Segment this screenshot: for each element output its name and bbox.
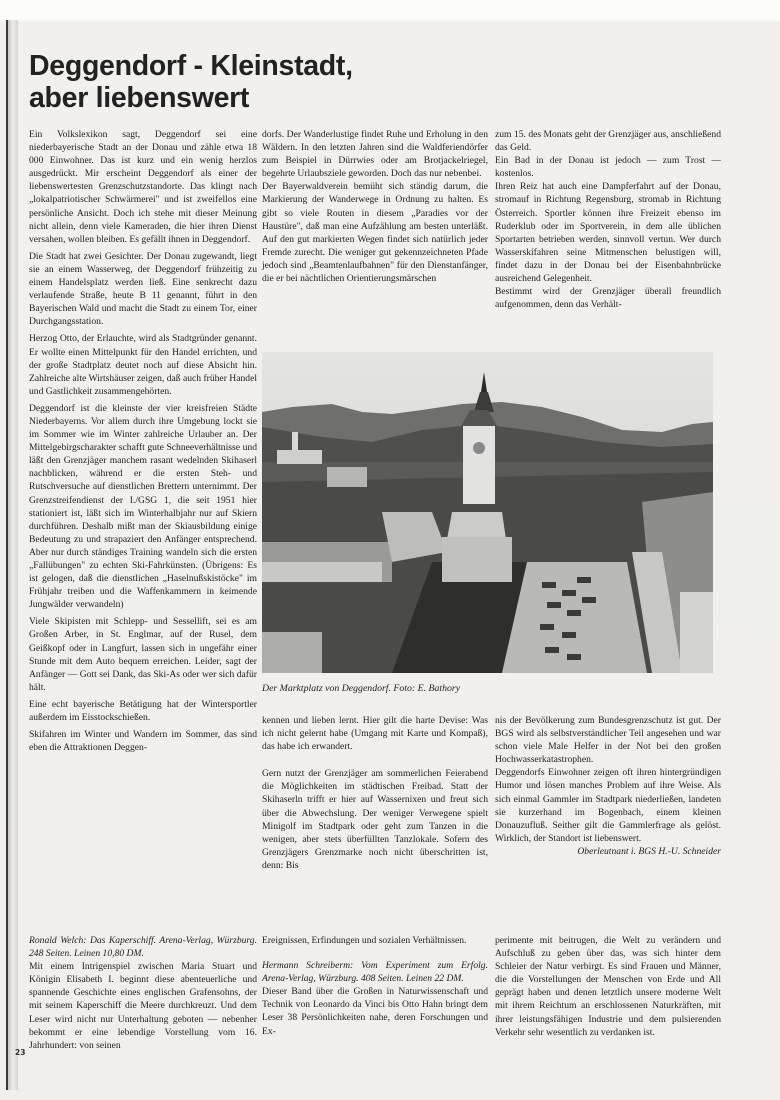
article-column-3: zum 15. des Monats geht der Grenzjäger a… — [495, 128, 721, 311]
paragraph: kennen und lieben lernt. Hier gilt die h… — [262, 714, 488, 753]
paragraph: Skifahren im Winter und Wandern im Somme… — [29, 728, 257, 754]
paragraph: Bestimmt wird der Grenzjäger überall fre… — [495, 285, 721, 311]
paragraph: Eine echt bayerische Betätigung hat der … — [29, 698, 257, 724]
article-column-3-lower: nis der Bevölkerung zum Bundesgrenzschut… — [495, 714, 721, 858]
review-column-3: perimente mit beitrugen, die Welt zu ver… — [495, 934, 721, 1039]
author-signature: Oberleutnant i. BGS H.-U. Schneider — [495, 845, 721, 858]
paragraph: Gern nutzt der Grenzjäger am sommerliche… — [262, 767, 488, 872]
paragraph: Ein Bad in der Donau ist jedoch — zum Tr… — [495, 154, 721, 180]
paragraph: Ihren Reiz hat auch eine Dampferfahrt au… — [495, 180, 721, 285]
paragraph: nis der Bevölkerung zum Bundesgrenzschut… — [495, 714, 721, 766]
paragraph: Deggendorf ist die kleinste der vier kre… — [29, 402, 257, 612]
title-line-2: aber liebenswert — [29, 82, 249, 114]
paragraph: Der Bayerwaldverein bemüht sich ständig … — [262, 180, 488, 285]
article-title: Deggendorf - Kleinstadt, aber liebenswer… — [29, 50, 353, 114]
article-column-1: Ein Volkslexikon sagt, Deggendorf sei ei… — [29, 128, 257, 758]
marketplace-photo — [262, 352, 713, 673]
review-body: Ereignissen, Erfindungen und sozialen Ve… — [262, 934, 488, 947]
photo-image — [262, 352, 713, 673]
paragraph: Herzog Otto, der Erlauchte, wird als Sta… — [29, 332, 257, 397]
title-line-1: Deggendorf - Kleinstadt, — [29, 50, 353, 82]
article-column-2-lower: kennen und lieben lernt. Hier gilt die h… — [262, 714, 488, 872]
paragraph: dorfs. Der Wanderlustige findet Ruhe und… — [262, 128, 488, 180]
photo-caption: Der Marktplatz von Deggendorf. Foto: E. … — [262, 683, 460, 694]
review-body: Dieser Band über die Großen in Naturwiss… — [262, 985, 488, 1037]
article-column-2: dorfs. Der Wanderlustige findet Ruhe und… — [262, 128, 488, 285]
page-number: 23 — [15, 1048, 25, 1057]
page-binding-edge — [6, 20, 18, 1090]
paragraph: Die Stadt hat zwei Gesichter. Der Donau … — [29, 250, 257, 329]
review-column-2: Ereignissen, Erfindungen und sozialen Ve… — [262, 934, 488, 1038]
review-heading: Ronald Welch: Das Kaperschiff. Arena-Ver… — [29, 934, 257, 960]
review-body: Mit einem Intrigenspiel zwischen Maria S… — [29, 960, 257, 1052]
paragraph: zum 15. des Monats geht der Grenzjäger a… — [495, 128, 721, 154]
review-body: perimente mit beitrugen, die Welt zu ver… — [495, 934, 721, 1039]
paragraph: Viele Skipisten mit Schlepp- und Sessell… — [29, 615, 257, 694]
paragraph: Ein Volkslexikon sagt, Deggendorf sei ei… — [29, 128, 257, 246]
paragraph: Deggendorfs Einwohner zeigen oft ihren h… — [495, 766, 721, 845]
review-column-1: Ronald Welch: Das Kaperschiff. Arena-Ver… — [29, 934, 257, 1052]
review-heading: Hermann Schreiberm: Vom Experiment zum E… — [262, 959, 488, 985]
magazine-page: Deggendorf - Kleinstadt, aber liebenswer… — [0, 0, 780, 1100]
